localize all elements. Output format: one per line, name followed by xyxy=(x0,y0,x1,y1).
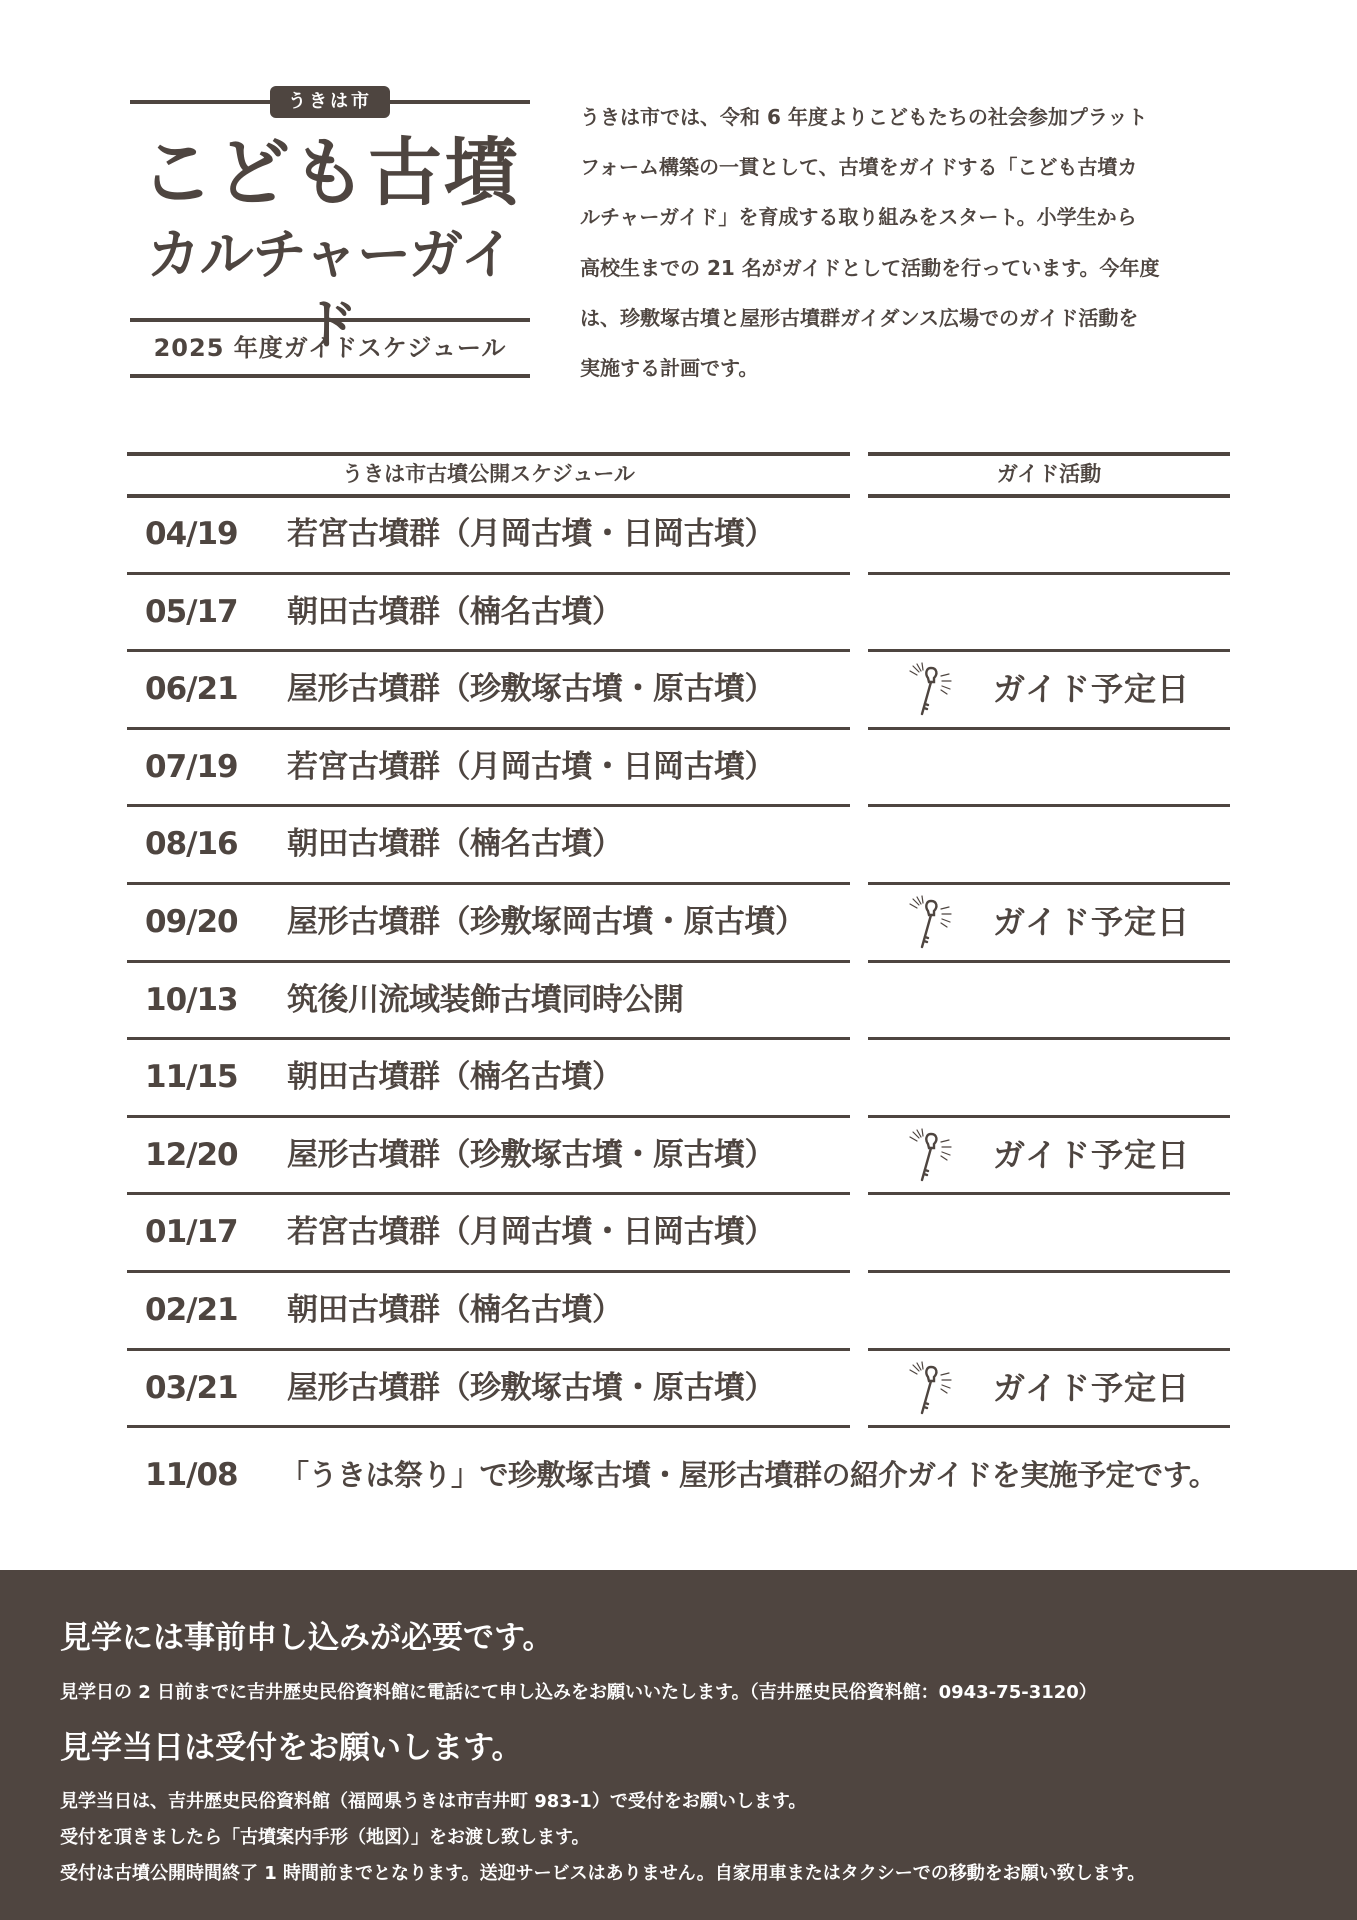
table-row: 11/15 朝田古墳群（楠名古墳） xyxy=(127,1040,1230,1115)
row-site: 屋形古墳群（珍敷塚古墳・原古墳） xyxy=(287,1118,775,1193)
intro-line: うきは市では、令和 6 年度よりこどもたちの社会参加プラット xyxy=(580,92,1240,142)
guide-scheduled-label: ガイド予定日 xyxy=(993,1118,1190,1193)
reception-heading: 見学当日は受付をお願いします。 xyxy=(60,1722,523,1767)
row-site: 屋形古墳群（珍敷塚古墳・原古墳） xyxy=(287,652,775,727)
note-date: 11/08 xyxy=(145,1457,238,1493)
guide-cell: ガイド予定日 xyxy=(907,885,1227,960)
table-row: 10/13 筑後川流域装飾古墳同時公開 xyxy=(127,963,1230,1038)
row-date: 01/17 xyxy=(145,1195,238,1270)
row-date: 12/20 xyxy=(145,1118,238,1193)
row-site: 朝田古墳群（楠名古墳） xyxy=(287,807,623,882)
row-date: 05/17 xyxy=(145,575,238,650)
reception-text-line: 受付を頂きましたら「古墳案内手形（地図）」をお渡し致します。 xyxy=(60,1823,590,1849)
row-date: 04/19 xyxy=(145,497,238,572)
column-header-schedule: うきは市古墳公開スケジュール xyxy=(127,454,850,494)
guide-scheduled-label: ガイド予定日 xyxy=(993,885,1190,960)
row-divider xyxy=(868,1425,1230,1428)
row-date: 06/21 xyxy=(145,652,238,727)
table-row: 01/17 若宮古墳群（月岡古墳・日岡古墳） xyxy=(127,1195,1230,1270)
reservation-text: 見学日の 2 日前までに吉井歴史民俗資料館に電話にて申し込みをお願いいたします。… xyxy=(60,1678,1097,1704)
note-text: 「うきは祭り」で珍敷塚古墳・屋形古墳群の紹介ガイドを実施予定です。 xyxy=(280,1450,1217,1500)
table-row: 08/16 朝田古墳群（楠名古墳） xyxy=(127,807,1230,882)
schedule-subtitle: 2025 年度ガイドスケジュール xyxy=(130,328,530,368)
row-date: 03/21 xyxy=(145,1351,238,1426)
table-row: 04/19 若宮古墳群（月岡古墳・日岡古墳） xyxy=(127,497,1230,572)
row-site: 屋形古墳群（珍敷塚岡古墳・原古墳） xyxy=(287,885,806,960)
row-date: 02/21 xyxy=(145,1273,238,1348)
title-mid-rule xyxy=(130,318,530,322)
row-site: 朝田古墳群（楠名古墳） xyxy=(287,1273,623,1348)
intro-line: フォーム構築の一貫として、古墳をガイドする「こども古墳カ xyxy=(580,142,1240,192)
key-icon xyxy=(907,662,967,718)
row-date: 08/16 xyxy=(145,807,238,882)
row-date: 11/15 xyxy=(145,1040,238,1115)
table-row: 07/19 若宮古墳群（月岡古墳・日岡古墳） xyxy=(127,730,1230,805)
guide-cell: ガイド予定日 xyxy=(907,652,1227,727)
row-site: 筑後川流域装飾古墳同時公開 xyxy=(287,963,684,1038)
key-icon xyxy=(907,1361,967,1417)
guide-scheduled-label: ガイド予定日 xyxy=(993,652,1190,727)
intro-line: 高校生までの 21 名がガイドとして活動を行っています。今年度 xyxy=(580,243,1240,293)
guide-scheduled-label: ガイド予定日 xyxy=(993,1351,1190,1426)
festival-note: 11/08 「うきは祭り」で珍敷塚古墳・屋形古墳群の紹介ガイドを実施予定です。 xyxy=(145,1450,1255,1500)
key-icon xyxy=(907,895,967,951)
guide-cell: ガイド予定日 xyxy=(907,1351,1227,1426)
table-row: 12/20 屋形古墳群（珍敷塚古墳・原古墳） ガイド予定日 xyxy=(127,1118,1230,1193)
row-site: 若宮古墳群（月岡古墳・日岡古墳） xyxy=(287,497,775,572)
reception-text-line: 受付は古墳公開時間終了 1 時間前までとなります。送迎サービスはありません。自家… xyxy=(60,1859,1145,1885)
column-header-guide: ガイド活動 xyxy=(868,454,1230,494)
row-site: 若宮古墳群（月岡古墳・日岡古墳） xyxy=(287,730,775,805)
row-divider xyxy=(127,1425,850,1428)
reception-text-line: 見学当日は、吉井歴史民俗資料館（福岡県うきは市吉井町 983-1）で受付をお願い… xyxy=(60,1787,806,1813)
row-date: 10/13 xyxy=(145,963,238,1038)
city-badge: うきは市 xyxy=(270,86,390,118)
table-row: 09/20 屋形古墳群（珍敷塚岡古墳・原古墳） ガイド予定日 xyxy=(127,885,1230,960)
table-row: 02/21 朝田古墳群（楠名古墳） xyxy=(127,1273,1230,1348)
table-row: 03/21 屋形古墳群（珍敷塚古墳・原古墳） ガイド予定日 xyxy=(127,1351,1230,1426)
key-icon xyxy=(907,1128,967,1184)
row-date: 09/20 xyxy=(145,885,238,960)
page-title: こども古墳 xyxy=(130,130,530,216)
title-block: うきは市 こども古墳 カルチャーガイド 2025 年度ガイドスケジュール xyxy=(130,80,530,380)
title-bottom-rule xyxy=(130,374,530,378)
reservation-heading: 見学には事前申し込みが必要です。 xyxy=(60,1612,554,1657)
intro-line: は、珍敷塚古墳と屋形古墳群ガイダンス広場でのガイド活動を xyxy=(580,293,1240,343)
intro-line: 実施する計画です。 xyxy=(580,343,1240,393)
intro-paragraph: うきは市では、令和 6 年度よりこどもたちの社会参加プラット フォーム構築の一貫… xyxy=(580,92,1240,393)
footer-info-panel: 見学には事前申し込みが必要です。 見学日の 2 日前までに吉井歴史民俗資料館に電… xyxy=(0,1570,1357,1920)
intro-line: ルチャーガイド」を育成する取り組みをスタート。小学生から xyxy=(580,192,1240,242)
guide-cell: ガイド予定日 xyxy=(907,1118,1227,1193)
table-row: 06/21 屋形古墳群（珍敷塚古墳・原古墳） ガイド予定日 xyxy=(127,652,1230,727)
table-row: 05/17 朝田古墳群（楠名古墳） xyxy=(127,575,1230,650)
row-date: 07/19 xyxy=(145,730,238,805)
row-site: 朝田古墳群（楠名古墳） xyxy=(287,1040,623,1115)
row-site: 朝田古墳群（楠名古墳） xyxy=(287,575,623,650)
row-site: 屋形古墳群（珍敷塚古墳・原古墳） xyxy=(287,1351,775,1426)
row-site: 若宮古墳群（月岡古墳・日岡古墳） xyxy=(287,1195,775,1270)
